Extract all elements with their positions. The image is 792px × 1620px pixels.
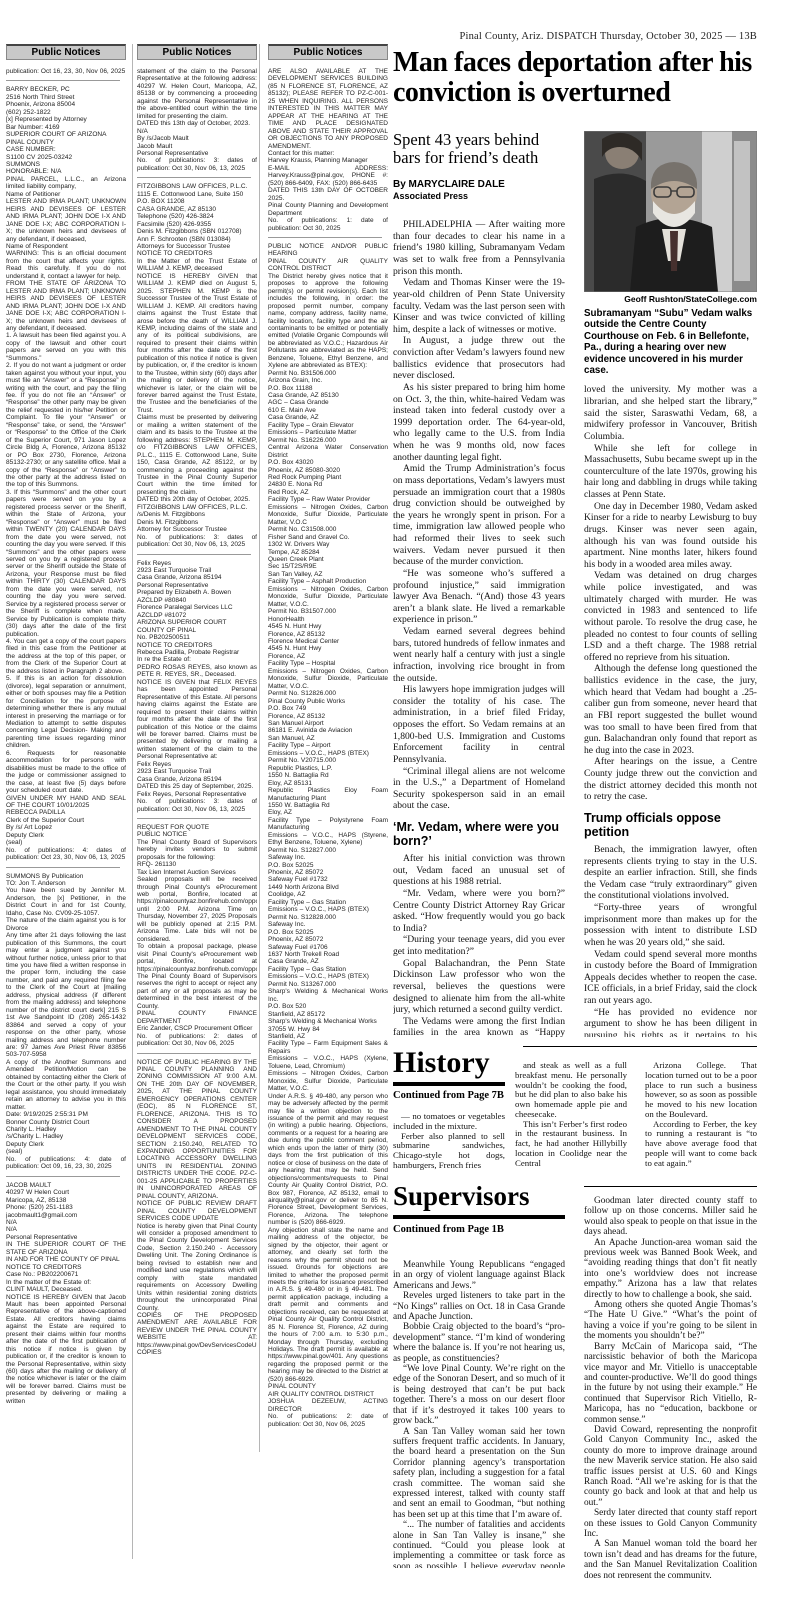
notice-line: NOTICE IS HEREBY GIVEN that WILLIAM J. K… bbox=[137, 273, 257, 415]
notice-line: N/A bbox=[6, 1226, 126, 1233]
notice-line: RFQ- 261130 bbox=[137, 861, 257, 868]
column-rule bbox=[132, 44, 133, 1559]
notice-line: NOTICE TO CREDITORS bbox=[137, 642, 257, 649]
paragraph: Among others she quoted Angie Thomas’s “… bbox=[584, 1300, 757, 1342]
notice-line: 1302 W. Drivers Way bbox=[268, 541, 388, 548]
public-notices-column-1: Public Notices publication: Oct 16, 23, … bbox=[6, 44, 126, 1620]
notice-line: P.O. Box 43020 bbox=[268, 459, 388, 466]
notice-line: IN THE SUPERIOR COURT OF THE STATE OF AR… bbox=[6, 1241, 126, 1256]
notice-line: 2516 North Third Street bbox=[6, 94, 126, 101]
article-crosshead-right: Trump officials oppose petition bbox=[584, 811, 757, 839]
notice-line: N/A bbox=[137, 128, 257, 135]
paragraph: Gopal Balachandran, the Penn State Dicki… bbox=[393, 958, 565, 1016]
notice-line: Personal Representative bbox=[6, 1234, 126, 1241]
notice-line: Ann F. Schrooten (SBN 013084) bbox=[137, 236, 257, 243]
notice-line: P.O. Box 52025 bbox=[268, 929, 388, 936]
notice-line: A copy of the Another Summons and Amende… bbox=[6, 1059, 126, 1111]
notice-separator bbox=[6, 1176, 120, 1177]
notice-line: NOTICE IS HEREBY GIVEN that Jacob Mault … bbox=[6, 1294, 126, 1406]
notice-line: JOSHUA DEZEEUW, ACTING DIRECTOR bbox=[268, 1398, 388, 1413]
notice-line: Tempe, AZ 85284 bbox=[268, 549, 388, 556]
notice-line: PINAL PARCEL, L.L.C., an Arizona limited… bbox=[6, 176, 126, 191]
notice-line: DATED this 13th day of October, 2023. bbox=[137, 120, 257, 127]
notice-line: Permit No. C31508.000 bbox=[268, 526, 388, 533]
notice-line: Clerk of the Superior Court bbox=[6, 817, 126, 824]
notice-line: Name of Respondent bbox=[6, 243, 126, 250]
notice-line: COUNTY OF PINAL bbox=[137, 627, 257, 634]
notice-line: Florence Paralegal Services LLC bbox=[137, 604, 257, 611]
notice-line: Permit No. B31507.000 bbox=[268, 608, 388, 615]
notice-line: Facility Type – Asphalt Production bbox=[268, 578, 388, 585]
history-body-3: Arizona College. That location turned ou… bbox=[645, 1061, 757, 1168]
notice-line: FITZGIBBONS LAW OFFICES, P.L.C. bbox=[137, 183, 257, 190]
paragraph: After his initial conviction was thrown … bbox=[393, 853, 565, 888]
notice-line: NOTICE OF PUBLIC REVIEW DRAFT PINAL COUN… bbox=[137, 1200, 257, 1222]
history-section: History Continued from Page 7B — no toma… bbox=[393, 1046, 757, 1180]
notice-line: 2923 East Turquoise Trail bbox=[137, 567, 257, 574]
notice-line: Phoenix, AZ 85072 bbox=[268, 936, 388, 943]
notice-line: Permit No. S12827.000 bbox=[268, 847, 388, 854]
paragraph: Vedam was detained on drug charges while… bbox=[584, 570, 757, 663]
notice-line: REQUEST FOR QUOTE bbox=[137, 824, 257, 831]
notice-line: Phone: (520) 251-1183 bbox=[6, 1204, 126, 1211]
paragraph: Bobbie Craig objected to the board’s “pr… bbox=[393, 1322, 565, 1364]
paragraph: The Vedams were among the first Indian f… bbox=[393, 1016, 565, 1037]
notice-line: Contact for this matter: bbox=[268, 150, 388, 157]
paragraph: Ferber also planned to sell submarine sa… bbox=[393, 1132, 505, 1171]
notice-line: CLINT MAULT, Deceased. bbox=[6, 1286, 126, 1293]
notice-separator bbox=[137, 177, 251, 178]
paragraph: “Criminal illegal aliens are not welcome… bbox=[393, 766, 565, 813]
notice-line: Sharp's Welding & Mechanical Works bbox=[268, 1018, 388, 1025]
notice-line: San Manuel, AZ bbox=[268, 735, 388, 742]
paragraph: “We love Pinal County. We’re right on th… bbox=[393, 1364, 565, 1426]
notice-line: Queen Creek Plant bbox=[268, 556, 388, 563]
paragraph: David Coward, representing the nonprofit… bbox=[584, 1425, 757, 1508]
notice-line: The Pinal County Board of Supervisors he… bbox=[137, 839, 257, 861]
notice-line: HonorHealth bbox=[268, 616, 388, 623]
notice-line: CASA GRANDE, AZ 85130 bbox=[137, 206, 257, 213]
notice-line: Central Arizona Water Conservation Distr… bbox=[268, 444, 388, 459]
notice-line: Coolidge, AZ bbox=[268, 891, 388, 898]
notice-line: Fisher Sand and Gravel Co. bbox=[268, 534, 388, 541]
notice-line: Facility Type – Gas Station bbox=[268, 899, 388, 906]
notice-line: By /s/ Art Lopez bbox=[6, 824, 126, 831]
notice-line: PUBLIC NOTICE AND/OR PUBLIC HEARING bbox=[268, 243, 388, 258]
notice-line: Casa Grande, AZ bbox=[268, 958, 388, 965]
notice-line: Permit No. S13267.000 bbox=[268, 981, 388, 988]
paragraph: “Mr. Vedam, where were you born?” Centre… bbox=[393, 888, 565, 935]
article-body-left-2: After his initial conviction was thrown … bbox=[393, 853, 565, 1037]
history-column-1: — no tomatoes or vegetables included in … bbox=[393, 1112, 505, 1176]
notice-line: Denis M. Fitzgibbons (SBN 012708) bbox=[137, 228, 257, 235]
history-title: History bbox=[393, 1048, 490, 1078]
notice-line: In the matter of the Estate of: bbox=[6, 1279, 126, 1286]
notice-block: statement of the claim to the Personal R… bbox=[137, 68, 257, 172]
notice-line: Bonner County District Court bbox=[6, 1119, 126, 1126]
notice-line: 1637 North Trekell Road bbox=[268, 951, 388, 958]
notice-line: Prepared by Elizabeth A. Bowen bbox=[137, 589, 257, 596]
notice-line: NOTICE OF PUBLIC HEARING BY THE PINAL CO… bbox=[137, 1059, 257, 1201]
paragraph: Amid the Trump Administration’s focus on… bbox=[393, 463, 565, 568]
notice-line: 5. If this is an action for dissolution … bbox=[6, 675, 126, 750]
notice-line: Date: 9/19/2025 2:55:31 PM bbox=[6, 1111, 126, 1118]
notice-line: publication: Oct 16, 23, 30, Nov 06, 202… bbox=[6, 68, 126, 75]
notice-line: Sealed proposals will be received throug… bbox=[137, 876, 257, 943]
article-body-right: loved the university. My mother was a li… bbox=[584, 384, 757, 803]
notice-line: PINAL COUNTY bbox=[268, 1383, 388, 1390]
notice-line: No. of publications: 4: date of publicat… bbox=[6, 1156, 126, 1171]
notice-line: Republic Plastics, L.P. bbox=[268, 765, 388, 772]
notice-block: FITZGIBBONS LAW OFFICES, P.L.C.1115 E. C… bbox=[137, 183, 257, 548]
notice-line: No. of publications: 2: dates of publica… bbox=[137, 1033, 257, 1048]
notice-line: DATED THIS 13th DAY OF OCTOBER 2025. bbox=[268, 187, 388, 202]
notice-line: (602) 252-1822 bbox=[6, 109, 126, 116]
public-notices-column-2: Public Notices statement of the claim to… bbox=[137, 44, 257, 1620]
notice-line: Red Rock Pumping Plant bbox=[268, 474, 388, 481]
notice-line: Red Rock, AZ bbox=[268, 489, 388, 496]
paragraph: While she left for college in Massachuse… bbox=[584, 443, 757, 501]
article-left-column: Spent 43 years behind bars for friend’s … bbox=[393, 131, 565, 1037]
notice-line: Phoenix, Arizona 85004 bbox=[6, 101, 126, 108]
public-notices-header: Public Notices bbox=[268, 44, 388, 60]
notice-line: Emissions – Particulate Matter bbox=[268, 429, 388, 436]
notice-line: 1449 North Arizona Blvd bbox=[268, 884, 388, 891]
public-notices-header: Public Notices bbox=[6, 44, 126, 60]
notice-line: Facility Type – Farm Equipment Sales & R… bbox=[268, 1040, 388, 1055]
notice-line: NOTICE TO CREDITORS bbox=[6, 1264, 126, 1271]
notice-line: Under A.R.S. § 49-480, any person who ma… bbox=[268, 1093, 388, 1227]
notice-line: Emissions – Nitrogen Oxides, Carbon Mono… bbox=[268, 504, 388, 526]
notice-line: /s/Charity L. Hadley bbox=[6, 1133, 126, 1140]
notice-line: In re the Estate of: bbox=[137, 656, 257, 663]
notice-line: PUBLIC NOTICE bbox=[137, 831, 257, 838]
notice-line: Emissions – V.O.C., HAPS (BTEX) bbox=[268, 906, 388, 913]
supervisors-column-1: Meanwhile Young Republicans “engaged in … bbox=[393, 1260, 565, 1568]
notice-line: 610 E. Main Ave bbox=[268, 407, 388, 414]
notice-separator bbox=[137, 554, 251, 555]
notice-line: NOTICE TO CREDITORS bbox=[137, 250, 257, 257]
history-column-2: and steak as well as a full breakfast me… bbox=[515, 1061, 627, 1175]
notice-line: Casa Grande, Arizona 85194 bbox=[137, 574, 257, 581]
notice-line: Florence Medical Center bbox=[268, 638, 388, 645]
notice-line: Facility Type – Hospital bbox=[268, 660, 388, 667]
paragraph: Vedam could spend several more months in… bbox=[584, 949, 757, 1007]
history-column-3: Arizona College. That location turned ou… bbox=[645, 1061, 757, 1175]
notice-line: Emissions – Nitrogen Oxides, Carbon Mono… bbox=[268, 586, 388, 608]
supervisors-section: Supervisors Continued from Page 1B Meanw… bbox=[393, 1182, 757, 1586]
notice-line: E-MAIL ADDRESS: Harvey.Krauss@pinal.gov,… bbox=[268, 165, 388, 187]
notice-line: Florence, AZ bbox=[268, 653, 388, 660]
paragraph: This isn’t Ferber’s first rodeo in the r… bbox=[515, 1120, 627, 1169]
notice-line: Facility Type – Airport bbox=[268, 742, 388, 749]
notice-line: 1115 E. Cottonwood Lane, Suite 150 bbox=[137, 191, 257, 198]
paragraph: Barry McCain of Maricopa said, “The narc… bbox=[584, 1342, 757, 1425]
notice-line: Facility Type – Grain Elevator bbox=[268, 422, 388, 429]
notice-line: 4545 N. Hunt Hwy bbox=[268, 623, 388, 630]
notice-line: (seal) bbox=[6, 839, 126, 846]
notice-line: Any objection shall state the name and m… bbox=[268, 1227, 388, 1384]
article-byline: By MARYCLAIRE DALE bbox=[393, 179, 565, 191]
notice-line: Emissions – Nitrogen Oxides, Carbon Mono… bbox=[268, 668, 388, 690]
paragraph: Arizona College. That location turned ou… bbox=[645, 1061, 757, 1120]
public-notices-header: Public Notices bbox=[137, 44, 257, 60]
notice-line: 6. Requests for reasonable accommodation… bbox=[6, 750, 126, 795]
notice-line: Casa Grande, AZ 85130 bbox=[268, 392, 388, 399]
notice-line: Facsimile (520) 426-9355 bbox=[137, 221, 257, 228]
notice-line: Phoenix, AZ 85080-3020 bbox=[268, 467, 388, 474]
notice-line: 1550 N. Battaglia Rd bbox=[268, 772, 388, 779]
notice-block: JACOB MAULT40297 W Helen CourtMaricopa, … bbox=[6, 1182, 126, 1406]
notice-line: AZCLDP #81072 bbox=[137, 612, 257, 619]
notice-line: PINAL COUNTY AIR QUALITY CONTROL DISTRIC… bbox=[268, 258, 388, 273]
notice-line: Harvey Krauss, Planning Manager bbox=[268, 157, 388, 164]
paragraph: An Apache Junction-area woman said the p… bbox=[584, 1238, 757, 1300]
notice-line: HONORABLE: N/A bbox=[6, 168, 126, 175]
notice-line: 40297 W Helen Court bbox=[6, 1189, 126, 1196]
paragraph: Vedam earned several degrees behind bars… bbox=[393, 626, 565, 684]
paragraph: “He was someone who’s suffered a profoun… bbox=[393, 568, 565, 626]
notice-line: PINAL COUNTY bbox=[6, 139, 126, 146]
notice-line: Republic Plastics Eloy Foam Manufacturin… bbox=[268, 787, 388, 802]
notice-line: Name of Petitioner bbox=[6, 191, 126, 198]
notice-line: Deputy Clerk bbox=[6, 1141, 126, 1148]
notice-line: 2. If you do not want a judgment or orde… bbox=[6, 362, 126, 489]
paragraph: Goodman later directed county staff to f… bbox=[584, 1196, 757, 1238]
notice-line: DATED this 20th day of October, 2025. bbox=[137, 496, 257, 503]
notice-line: Tax Lien Internet Auction Services bbox=[137, 869, 257, 876]
notice-line: Stanfield, AZ 85172 bbox=[268, 1011, 388, 1018]
notice-line: NOTICE IS GIVEN that FELIX REYES has bee… bbox=[137, 679, 257, 761]
notice-block: PUBLIC NOTICE AND/OR PUBLIC HEARINGPINAL… bbox=[268, 243, 388, 1428]
photo-caption: Subramanyam “Subu” Vedam walks outside t… bbox=[584, 308, 757, 376]
notice-line: P.O. Box 520 bbox=[268, 1003, 388, 1010]
notice-line: Felix Reyes bbox=[137, 560, 257, 567]
notice-line: SUMMONS bbox=[6, 161, 126, 168]
notice-line: Emissions – V.O.C., HAPS (Styrene, Ethyl… bbox=[268, 832, 388, 847]
notice-line: P.O. Box 11188 bbox=[268, 385, 388, 392]
notice-line: Casa Grande, Arizona 85194 bbox=[137, 776, 257, 783]
notice-line: CASE NUMBER: bbox=[6, 146, 126, 153]
notice-line: Sharp's Welding & Mechanical Works Inc. bbox=[268, 988, 388, 1003]
notice-line: 4545 N. Hunt Hwy bbox=[268, 645, 388, 652]
article-body-left: PHILADELPHIA — After waiting more than f… bbox=[393, 219, 565, 812]
notice-line: Personal Representative bbox=[137, 582, 257, 589]
paragraph: As his sister prepared to bring him home… bbox=[393, 382, 565, 463]
article-headline: Man faces deportation after his convicti… bbox=[393, 48, 761, 108]
paragraph: “Forty-three years of wrongful imprisonm… bbox=[584, 902, 757, 949]
paragraph: and steak as well as a full breakfast me… bbox=[515, 1061, 627, 1120]
paragraph: loved the university. My mother was a li… bbox=[584, 384, 757, 442]
notice-separator bbox=[6, 867, 120, 868]
notice-line: 3. If this “Summons” and the other court… bbox=[6, 489, 126, 638]
notice-line: By /s/Jacob Mault bbox=[137, 135, 257, 142]
notice-line: Safeway Fuel #1706 bbox=[268, 944, 388, 951]
paragraph: “... The number of fatalities and accide… bbox=[393, 1520, 565, 1568]
notice-line: Charity L. Hadley bbox=[6, 1126, 126, 1133]
notice-line: No. of publications: 1: date of publicat… bbox=[268, 217, 388, 232]
notice-line: PINAL COUNTY FINANCE DEPARTMENT bbox=[137, 1010, 257, 1025]
history-continued-line: Continued from Page 7B bbox=[393, 1090, 504, 1102]
notice-line: San Tan Valley, AZ bbox=[268, 571, 388, 578]
history-body-1: — no tomatoes or vegetables included in … bbox=[393, 1112, 505, 1171]
notice-line: AIR QUALITY CONTROL DISTRICT bbox=[268, 1391, 388, 1398]
article-body-right-2: Benach, the immigration lawyer, often re… bbox=[584, 844, 757, 1037]
notice-line: Safeway Inc. bbox=[268, 854, 388, 861]
notice-line: statement of the claim to the Personal R… bbox=[137, 68, 257, 120]
notice-line: Felix Reyes bbox=[137, 761, 257, 768]
notice-line: P.O. BOX 11208 bbox=[137, 198, 257, 205]
article-subhead: Spent 43 years behind bars for friend’s … bbox=[393, 131, 565, 166]
paragraph: “He has provided no evidence nor argumen… bbox=[584, 1007, 757, 1037]
paragraph: Vedam and Thomas Kinser were the 19-year… bbox=[393, 277, 565, 335]
notice-line: JACOB MAULT bbox=[6, 1182, 126, 1189]
notice-line: SUPERIOR COURT OF ARIZONA bbox=[6, 131, 126, 138]
notice-line: The nature of the claim against you is f… bbox=[6, 917, 126, 932]
history-body-2: and steak as well as a full breakfast me… bbox=[515, 1061, 627, 1168]
notice-block: publication: Oct 16, 23, 30, Nov 06, 202… bbox=[6, 68, 126, 75]
paragraph: In August, a judge threw out the convict… bbox=[393, 335, 565, 382]
photo-credit: Geoff Rushton/StateCollege.com bbox=[584, 294, 757, 304]
paragraph: One day in December 1980, Vedam asked Ki… bbox=[584, 501, 757, 571]
notice-line: GIVEN UNDER MY HAND AND SEAL OF THE COUR… bbox=[6, 795, 126, 810]
notice-line: Emissions – V.O.C., HAPS (BTEX) bbox=[268, 750, 388, 757]
notice-line: IN AND FOR THE COUNTY OF PINAL bbox=[6, 1256, 126, 1263]
paragraph: “During your teenage years, did you ever… bbox=[393, 934, 565, 957]
paragraph: According to Ferber, the key to running … bbox=[645, 1120, 757, 1169]
supervisors-body-2: Goodman later directed county staff to f… bbox=[584, 1196, 757, 1578]
notice-line: Florence, AZ 85132 bbox=[268, 631, 388, 638]
notice-line: Emissions – V.O.C., HAPS (BTEX) bbox=[268, 973, 388, 980]
notice-block: NOTICE OF PUBLIC HEARING BY THE PINAL CO… bbox=[137, 1059, 257, 1357]
supervisors-continued-line: Continued from Page 1B bbox=[393, 1224, 504, 1236]
notice-line: In the Matter of the Trust Estate of WIL… bbox=[137, 258, 257, 273]
notice-line: LESTER AND IRMA PLANT; UNKNOWN HEIRS AND… bbox=[6, 198, 126, 243]
paragraph: Meanwhile Young Republicans “engaged in … bbox=[393, 1260, 565, 1291]
notice-line: You have been sued by Jennifer M. Anders… bbox=[6, 887, 126, 917]
notice-separator bbox=[268, 237, 382, 238]
notice-line: No. of publications: 3: dates of publica… bbox=[137, 534, 257, 549]
notice-line: Attorney for Successor Trustee bbox=[137, 526, 257, 533]
public-notices: Public Notices publication: Oct 16, 23, … bbox=[6, 44, 388, 1620]
column-rule bbox=[259, 44, 260, 1452]
notice-line: N/A bbox=[6, 1219, 126, 1226]
notice-line: BARRY BECKER, PC bbox=[6, 86, 126, 93]
notice-line: Attorneys for Successor Trustee bbox=[137, 243, 257, 250]
paragraph: His lawyers hope immigration judges will… bbox=[393, 684, 565, 765]
notice-line: Emissions – V.O.C., HAPS (Xylene, Toluen… bbox=[268, 1055, 388, 1070]
notice-line: Arizona Grain, Inc. bbox=[268, 377, 388, 384]
notice-line: To obtain a proposal package, please vis… bbox=[137, 943, 257, 973]
notice-line: Jacob Mault bbox=[137, 143, 257, 150]
notice-block: BARRY BECKER, PC2516 North Third StreetP… bbox=[6, 86, 126, 861]
article-byline-org: Associated Press bbox=[393, 191, 565, 202]
notice-separator bbox=[6, 80, 120, 81]
notice-line: Permit No. B31506.000 bbox=[268, 370, 388, 377]
article-right-column: Geoff Rushton/StateCollege.com Subramany… bbox=[584, 131, 757, 1037]
notice-line: SUMMONS By Publication bbox=[6, 873, 126, 880]
notice-line: 24830 E. Nona Rd bbox=[268, 481, 388, 488]
notice-line: Permit No. S12826.000 bbox=[268, 690, 388, 697]
paragraph: PHILADELPHIA — After waiting more than f… bbox=[393, 219, 565, 277]
notice-line: Telephone (520) 426-3824 bbox=[137, 213, 257, 220]
notice-line: The District hereby gives notice that it… bbox=[268, 273, 388, 370]
notice-line: 1550 W. Battaglia Rd bbox=[268, 802, 388, 809]
page-dateline: Pinal County, Ariz. DISPATCH Thursday, O… bbox=[393, 31, 757, 43]
notice-line: Eloy, AZ bbox=[268, 809, 388, 816]
notice-separator bbox=[137, 818, 251, 819]
notice-line: Facility Type – Gas Station bbox=[268, 966, 388, 973]
notice-line: (seal) bbox=[6, 1148, 126, 1155]
notice-line: San Manuel Airport bbox=[268, 720, 388, 727]
notice-line: Pinal County Public Works bbox=[268, 698, 388, 705]
paragraph: Benach, the immigration lawyer, often re… bbox=[584, 844, 757, 902]
notice-line: Any time after 21 days following the las… bbox=[6, 932, 126, 1059]
notice-line: Stanfield, AZ bbox=[268, 1033, 388, 1040]
notice-line: Casa Grande, AZ bbox=[268, 414, 388, 421]
notice-line: Bar Number: 4169 bbox=[6, 124, 126, 131]
article-crosshead-left: ‘Mr. Vedam, where were you born?’ bbox=[393, 820, 565, 848]
notice-line: No. PB202500511 bbox=[137, 634, 257, 641]
notice-line: TO: Jon T. Anderson bbox=[6, 880, 126, 887]
notice-line: No. of publications: 4: dates of publica… bbox=[6, 847, 126, 862]
notice-line: Rebecca Padilla, Probate Registrar bbox=[137, 649, 257, 656]
notice-line: Sec 15/T2S/R9E bbox=[268, 563, 388, 570]
public-notices-column-3: Public Notices ARE ALSO AVAILABLE AT THE… bbox=[268, 44, 388, 1620]
notice-line: Personal Representative bbox=[137, 150, 257, 157]
notice-line: AGC – Casa Grande bbox=[268, 399, 388, 406]
paragraph: A San Tan Valley woman said her town suf… bbox=[393, 1427, 565, 1521]
notice-line: WARNING: This is an official document fr… bbox=[6, 250, 126, 280]
notice-line: Permit No. S12828.000 bbox=[268, 914, 388, 921]
notice-line: /s/Denis M. Fitzgibbons bbox=[137, 511, 257, 518]
public-notices-body-3: ARE ALSO AVAILABLE AT THE DEVELOPMENT SE… bbox=[268, 68, 388, 1468]
notice-line: Claims must be presented by delivering o… bbox=[137, 414, 257, 496]
notice-line: ARE ALSO AVAILABLE AT THE DEVELOPMENT SE… bbox=[268, 68, 388, 150]
notice-line: PEDRO ROSAS REYES, also known as PETE R.… bbox=[137, 664, 257, 679]
notice-line: No. of publications: 2: date of publicat… bbox=[268, 1413, 388, 1428]
supervisors-body-1: Meanwhile Young Republicans “engaged in … bbox=[393, 1260, 565, 1568]
notice-line: Permit No. V20715.000 bbox=[268, 757, 388, 764]
notice-line: FITZGIBBONS LAW OFFICES, P.L.C. bbox=[137, 504, 257, 511]
notice-line: No. of publications: 3: dates of publica… bbox=[137, 798, 257, 813]
paragraph: Reveles urged listeners to take part in … bbox=[393, 1291, 565, 1322]
paragraph: Although the defense long questioned the… bbox=[584, 663, 757, 756]
notice-block: Felix Reyes2923 East Turquoise TrailCasa… bbox=[137, 560, 257, 813]
paragraph: After hearings on the issue, a Centre Co… bbox=[584, 756, 757, 803]
notice-line: 1. A lawsuit has been filed against you.… bbox=[6, 332, 126, 362]
notice-line: Notice is hereby given that Pinal County… bbox=[137, 1223, 257, 1312]
notice-line: P.O. Box 749 bbox=[268, 705, 388, 712]
title-underline-bar bbox=[393, 1082, 505, 1086]
supervisors-title: Supervisors bbox=[393, 1182, 530, 1210]
public-notices-body-2: statement of the claim to the Personal R… bbox=[137, 68, 257, 1620]
section-rule bbox=[523, 1046, 757, 1047]
notice-line: COPIES OF THE PROPOSED AMENDMENT ARE AVA… bbox=[137, 1312, 257, 1357]
notice-line: Maricopa, AZ, 85138 bbox=[6, 1197, 126, 1204]
notice-line: ARIZONA SUPERIOR COURT bbox=[137, 619, 257, 626]
notice-line: Permit No. S16226.000 bbox=[268, 437, 388, 444]
notice-line: 86181 E. Avinida de Aviacion bbox=[268, 727, 388, 734]
notice-line: Safeway Fuel #1732 bbox=[268, 876, 388, 883]
notice-line: Florence, AZ 85132 bbox=[268, 713, 388, 720]
notice-block: SUMMONS By PublicationTO: Jon T. Anderso… bbox=[6, 873, 126, 1171]
supervisors-column-2: Goodman later directed county staff to f… bbox=[584, 1186, 757, 1578]
notice-line: Case No.: PB202200671 bbox=[6, 1271, 126, 1278]
notice-block: REQUEST FOR QUOTEPUBLIC NOTICEThe Pinal … bbox=[137, 824, 257, 1048]
notice-line: Pinal County Planning and Development De… bbox=[268, 202, 388, 217]
notice-line: DATED this 25 day of September, 2025. bbox=[137, 783, 257, 790]
